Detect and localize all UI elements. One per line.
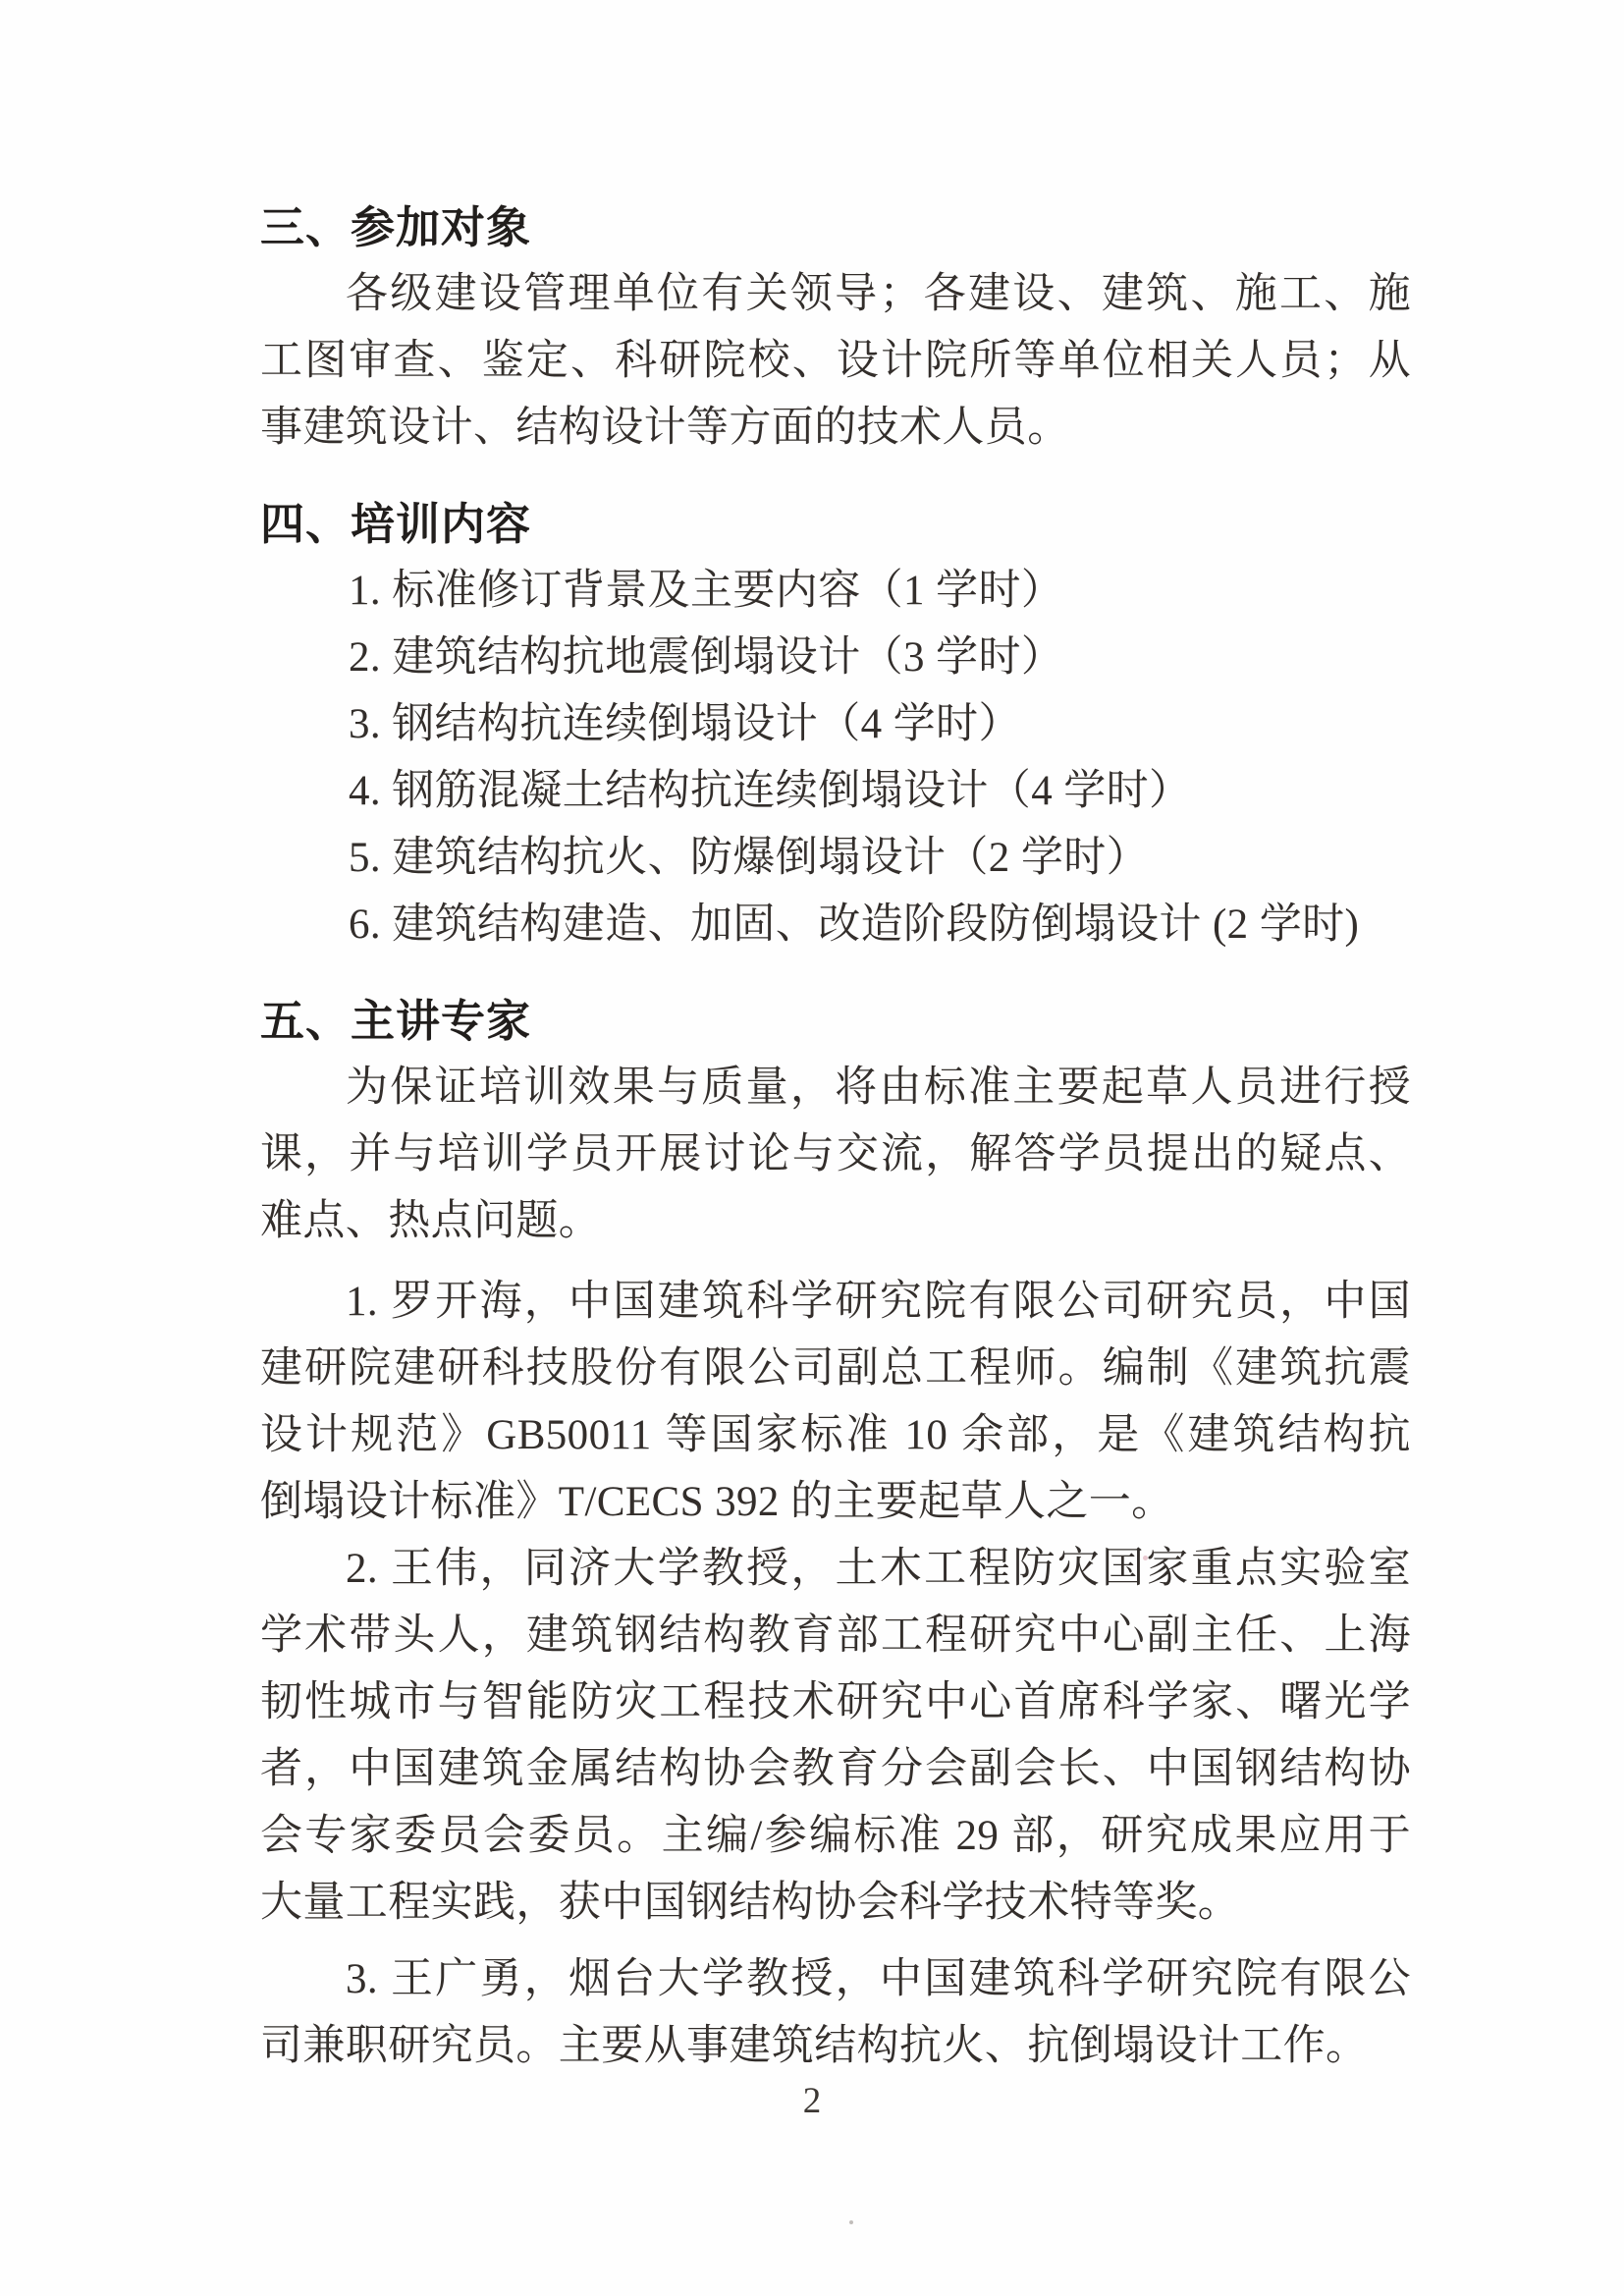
paragraph-line: 会专家委员会委员。主编/参编标准 29 部，研究成果应用于	[260, 1803, 1411, 1870]
paragraph-line: 大量工程实践，获中国钢结构协会科学技术特等奖。	[260, 1870, 1411, 1937]
section-heading-training-content: 四、培训内容	[260, 491, 1411, 558]
scan-speck	[1143, 1556, 1148, 1560]
paragraph-line: 建研院建研科技股份有限公司副总工程师。编制《建筑抗震	[260, 1336, 1411, 1402]
paragraph-line: 1. 罗开海，中国建筑科学研究院有限公司研究员，中国	[260, 1269, 1411, 1336]
paragraph-line: 3. 王广勇，烟台大学教授，中国建筑科学研究院有限公	[260, 1946, 1411, 2013]
training-item: 6. 建筑结构建造、加固、改造阶段防倒塌设计 (2 学时)	[260, 892, 1411, 958]
paragraph-line: 2. 王伟，同济大学教授，土木工程防灾国家重点实验室	[260, 1536, 1411, 1603]
training-item: 5. 建筑结构抗火、防爆倒塌设计（2 学时）	[260, 825, 1411, 892]
paragraph-line: 者，中国建筑金属结构协会教育分会副会长、中国钢结构协	[260, 1736, 1411, 1803]
paragraph-line: 学术带头人，建筑钢结构教育部工程研究中心副主任、上海	[260, 1603, 1411, 1669]
paragraph-line: 司兼职研究员。主要从事建筑结构抗火、抗倒塌设计工作。	[260, 2013, 1411, 2080]
section-heading-lecturers: 五、主讲专家	[260, 988, 1411, 1055]
paragraph-line: 各级建设管理单位有关领导；各建设、建筑、施工、施	[260, 261, 1411, 328]
scanned-document-page: 三、参加对象 各级建设管理单位有关领导；各建设、建筑、施工、施 工图审查、鉴定、…	[0, 0, 1624, 2296]
page-number: 2	[0, 2074, 1624, 2129]
expert-bio-1: 1. 罗开海，中国建筑科学研究院有限公司研究员，中国 建研院建研科技股份有限公司…	[260, 1269, 1411, 1536]
paragraph-line: 韧性城市与智能防灾工程技术研究中心首席科学家、曙光学	[260, 1669, 1411, 1736]
paragraph-line: 倒塌设计标准》T/CECS 392 的主要起草人之一。	[260, 1469, 1411, 1536]
document-body: 三、参加对象 各级建设管理单位有关领导；各建设、建筑、施工、施 工图审查、鉴定、…	[260, 194, 1411, 2080]
paragraph-line: 难点、热点问题。	[260, 1188, 1411, 1255]
paragraph-line: 为保证培训效果与质量，将由标准主要起草人员进行授	[260, 1055, 1411, 1121]
training-item: 2. 建筑结构抗地震倒塌设计（3 学时）	[260, 625, 1411, 691]
paragraph-line: 设计规范》GB50011 等国家标准 10 余部，是《建筑结构抗	[260, 1402, 1411, 1469]
training-item: 3. 钢结构抗连续倒塌设计（4 学时）	[260, 691, 1411, 758]
paragraph-line: 课，并与培训学员开展讨论与交流，解答学员提出的疑点、	[260, 1121, 1411, 1188]
training-item: 1. 标准修订背景及主要内容（1 学时）	[260, 558, 1411, 625]
training-item: 4. 钢筋混凝土结构抗连续倒塌设计（4 学时）	[260, 758, 1411, 825]
paragraph-line: 事建筑设计、结构设计等方面的技术人员。	[260, 395, 1411, 462]
section-heading-participants: 三、参加对象	[260, 194, 1411, 261]
expert-bio-2: 2. 王伟，同济大学教授，土木工程防灾国家重点实验室 学术带头人，建筑钢结构教育…	[260, 1536, 1411, 1937]
scan-speck	[849, 2220, 853, 2224]
expert-bio-3: 3. 王广勇，烟台大学教授，中国建筑科学研究院有限公 司兼职研究员。主要从事建筑…	[260, 1946, 1411, 2080]
paragraph-line: 工图审查、鉴定、科研院校、设计院所等单位相关人员；从	[260, 328, 1411, 395]
